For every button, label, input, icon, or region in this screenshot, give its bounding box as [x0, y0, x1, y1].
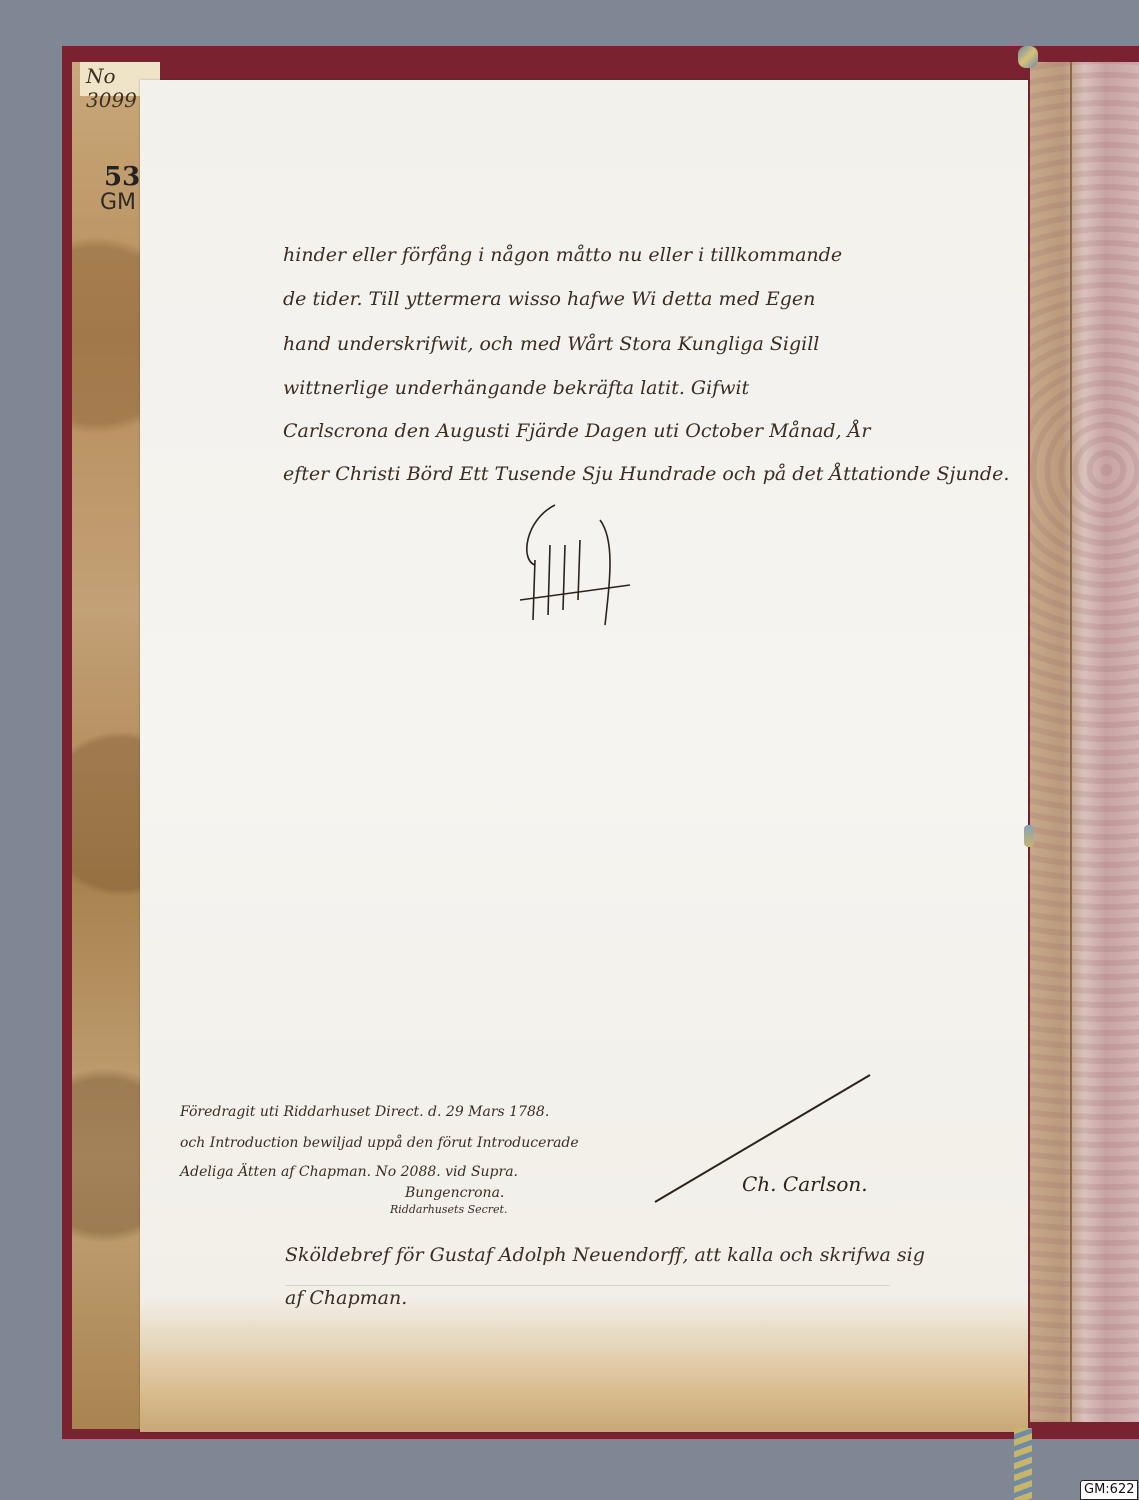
body-line-1: hinder eller förfång i någon måtto nu el… [283, 244, 842, 266]
body-line-2: de tider. Till yttermera wisso hafwe Wi … [283, 288, 815, 310]
registration-signature: Bungencrona. [405, 1185, 504, 1201]
ribbon-knot-icon [1018, 46, 1038, 68]
registration-note-line-3: Adeliga Ätten af Chapman. No 2088. vid S… [180, 1164, 518, 1180]
registration-note-line-1: Föredragit uti Riddarhuset Direct. d. 29… [180, 1104, 549, 1120]
registration-office: Riddarhusets Secret. [390, 1203, 507, 1216]
spine-number: 53 [104, 162, 140, 192]
collection-tag: GM:622 [1080, 1480, 1138, 1500]
body-line-3: hand underskrifwit, och med Wårt Stora K… [283, 333, 819, 355]
countersignature: Ch. Carlson. [742, 1172, 868, 1196]
endorsement-title-line-2: af Chapman. [285, 1287, 407, 1309]
body-line-5: Carlscrona den Augusti Fjärde Dagen uti … [283, 420, 870, 442]
spine-gm-label: GM [100, 190, 136, 215]
body-line-6: efter Christi Börd Ett Tusende Sju Hundr… [283, 463, 1009, 485]
parchment-page [140, 80, 1028, 1432]
endorsement-title-line-1: Sköldebref för Gustaf Adolph Neuendorff,… [285, 1244, 925, 1266]
right-marbled-endpaper [1030, 62, 1139, 1422]
silk-tassel-icon [1014, 1428, 1032, 1500]
registration-note-line-2: och Introduction bewiljad uppå den förut… [180, 1135, 579, 1151]
endpaper-seam [1070, 62, 1072, 1422]
ribbon-tie-icon [1024, 825, 1034, 847]
body-line-4: wittnerlige underhängande bekräfta latit… [283, 377, 749, 399]
ruled-line [285, 1285, 890, 1286]
